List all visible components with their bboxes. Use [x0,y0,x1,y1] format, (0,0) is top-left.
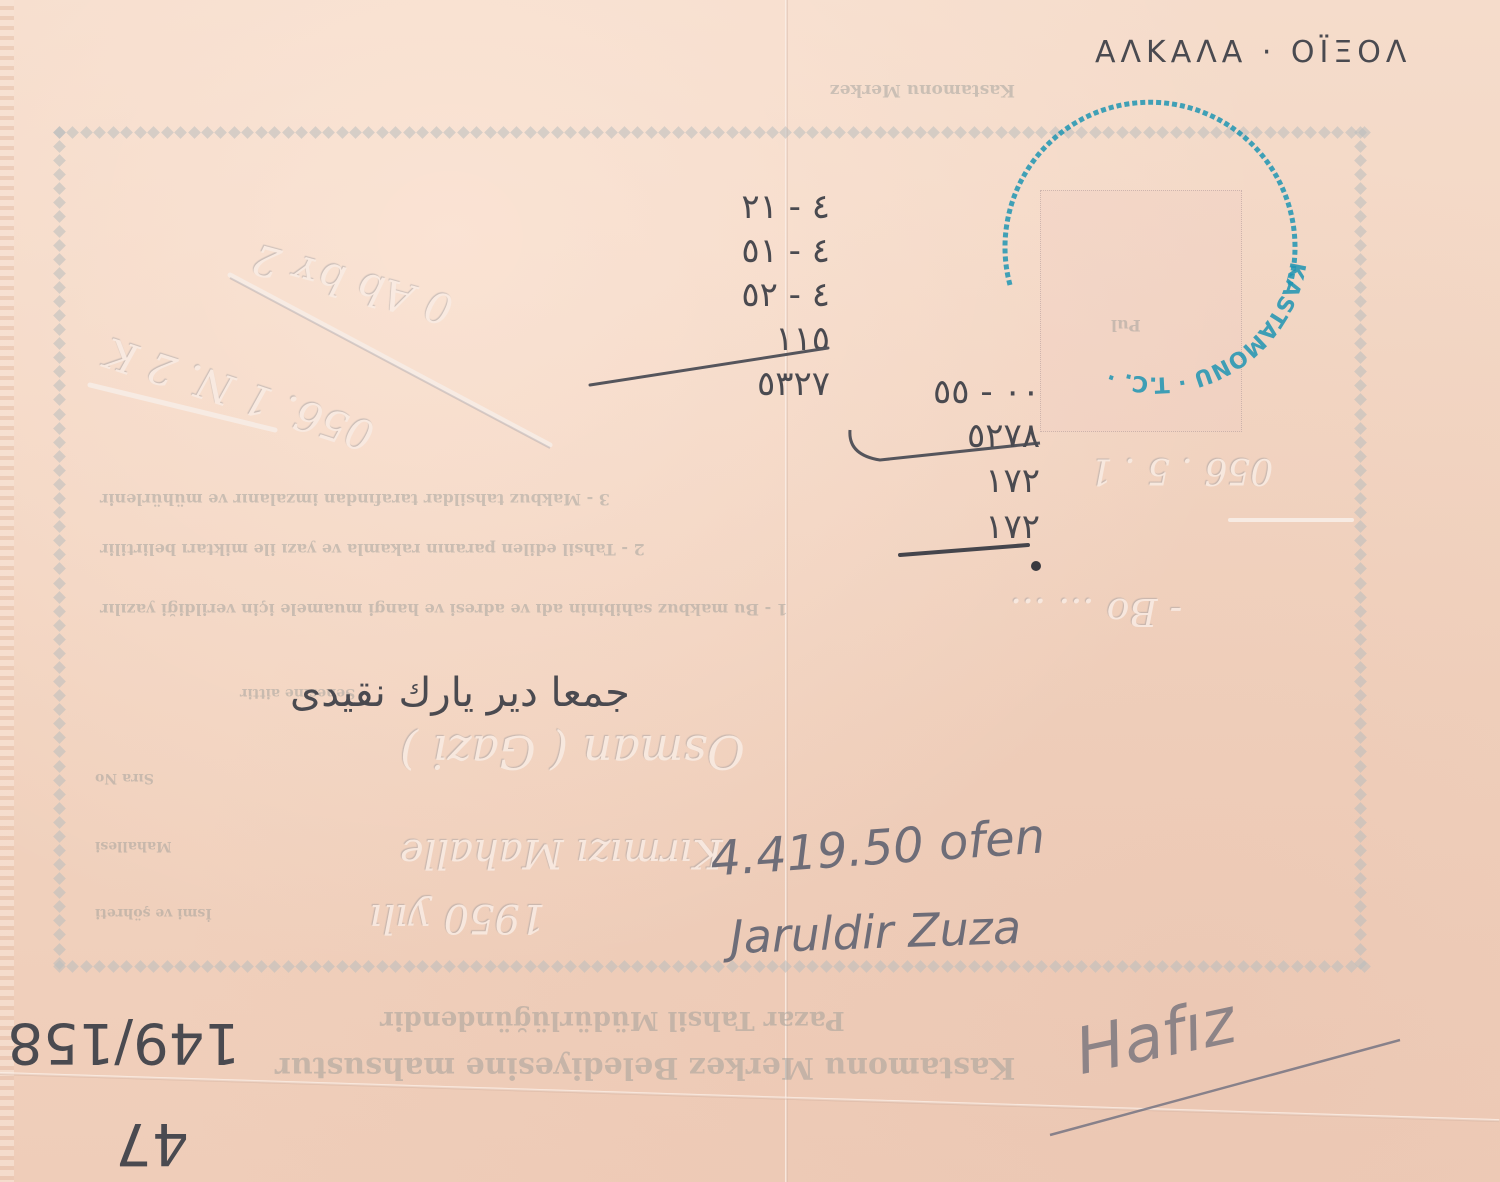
signature-strike [0,0,1500,1182]
corner-reference-number: 149/158 [7,1010,240,1075]
corner-page-number: 47 [115,1110,189,1178]
